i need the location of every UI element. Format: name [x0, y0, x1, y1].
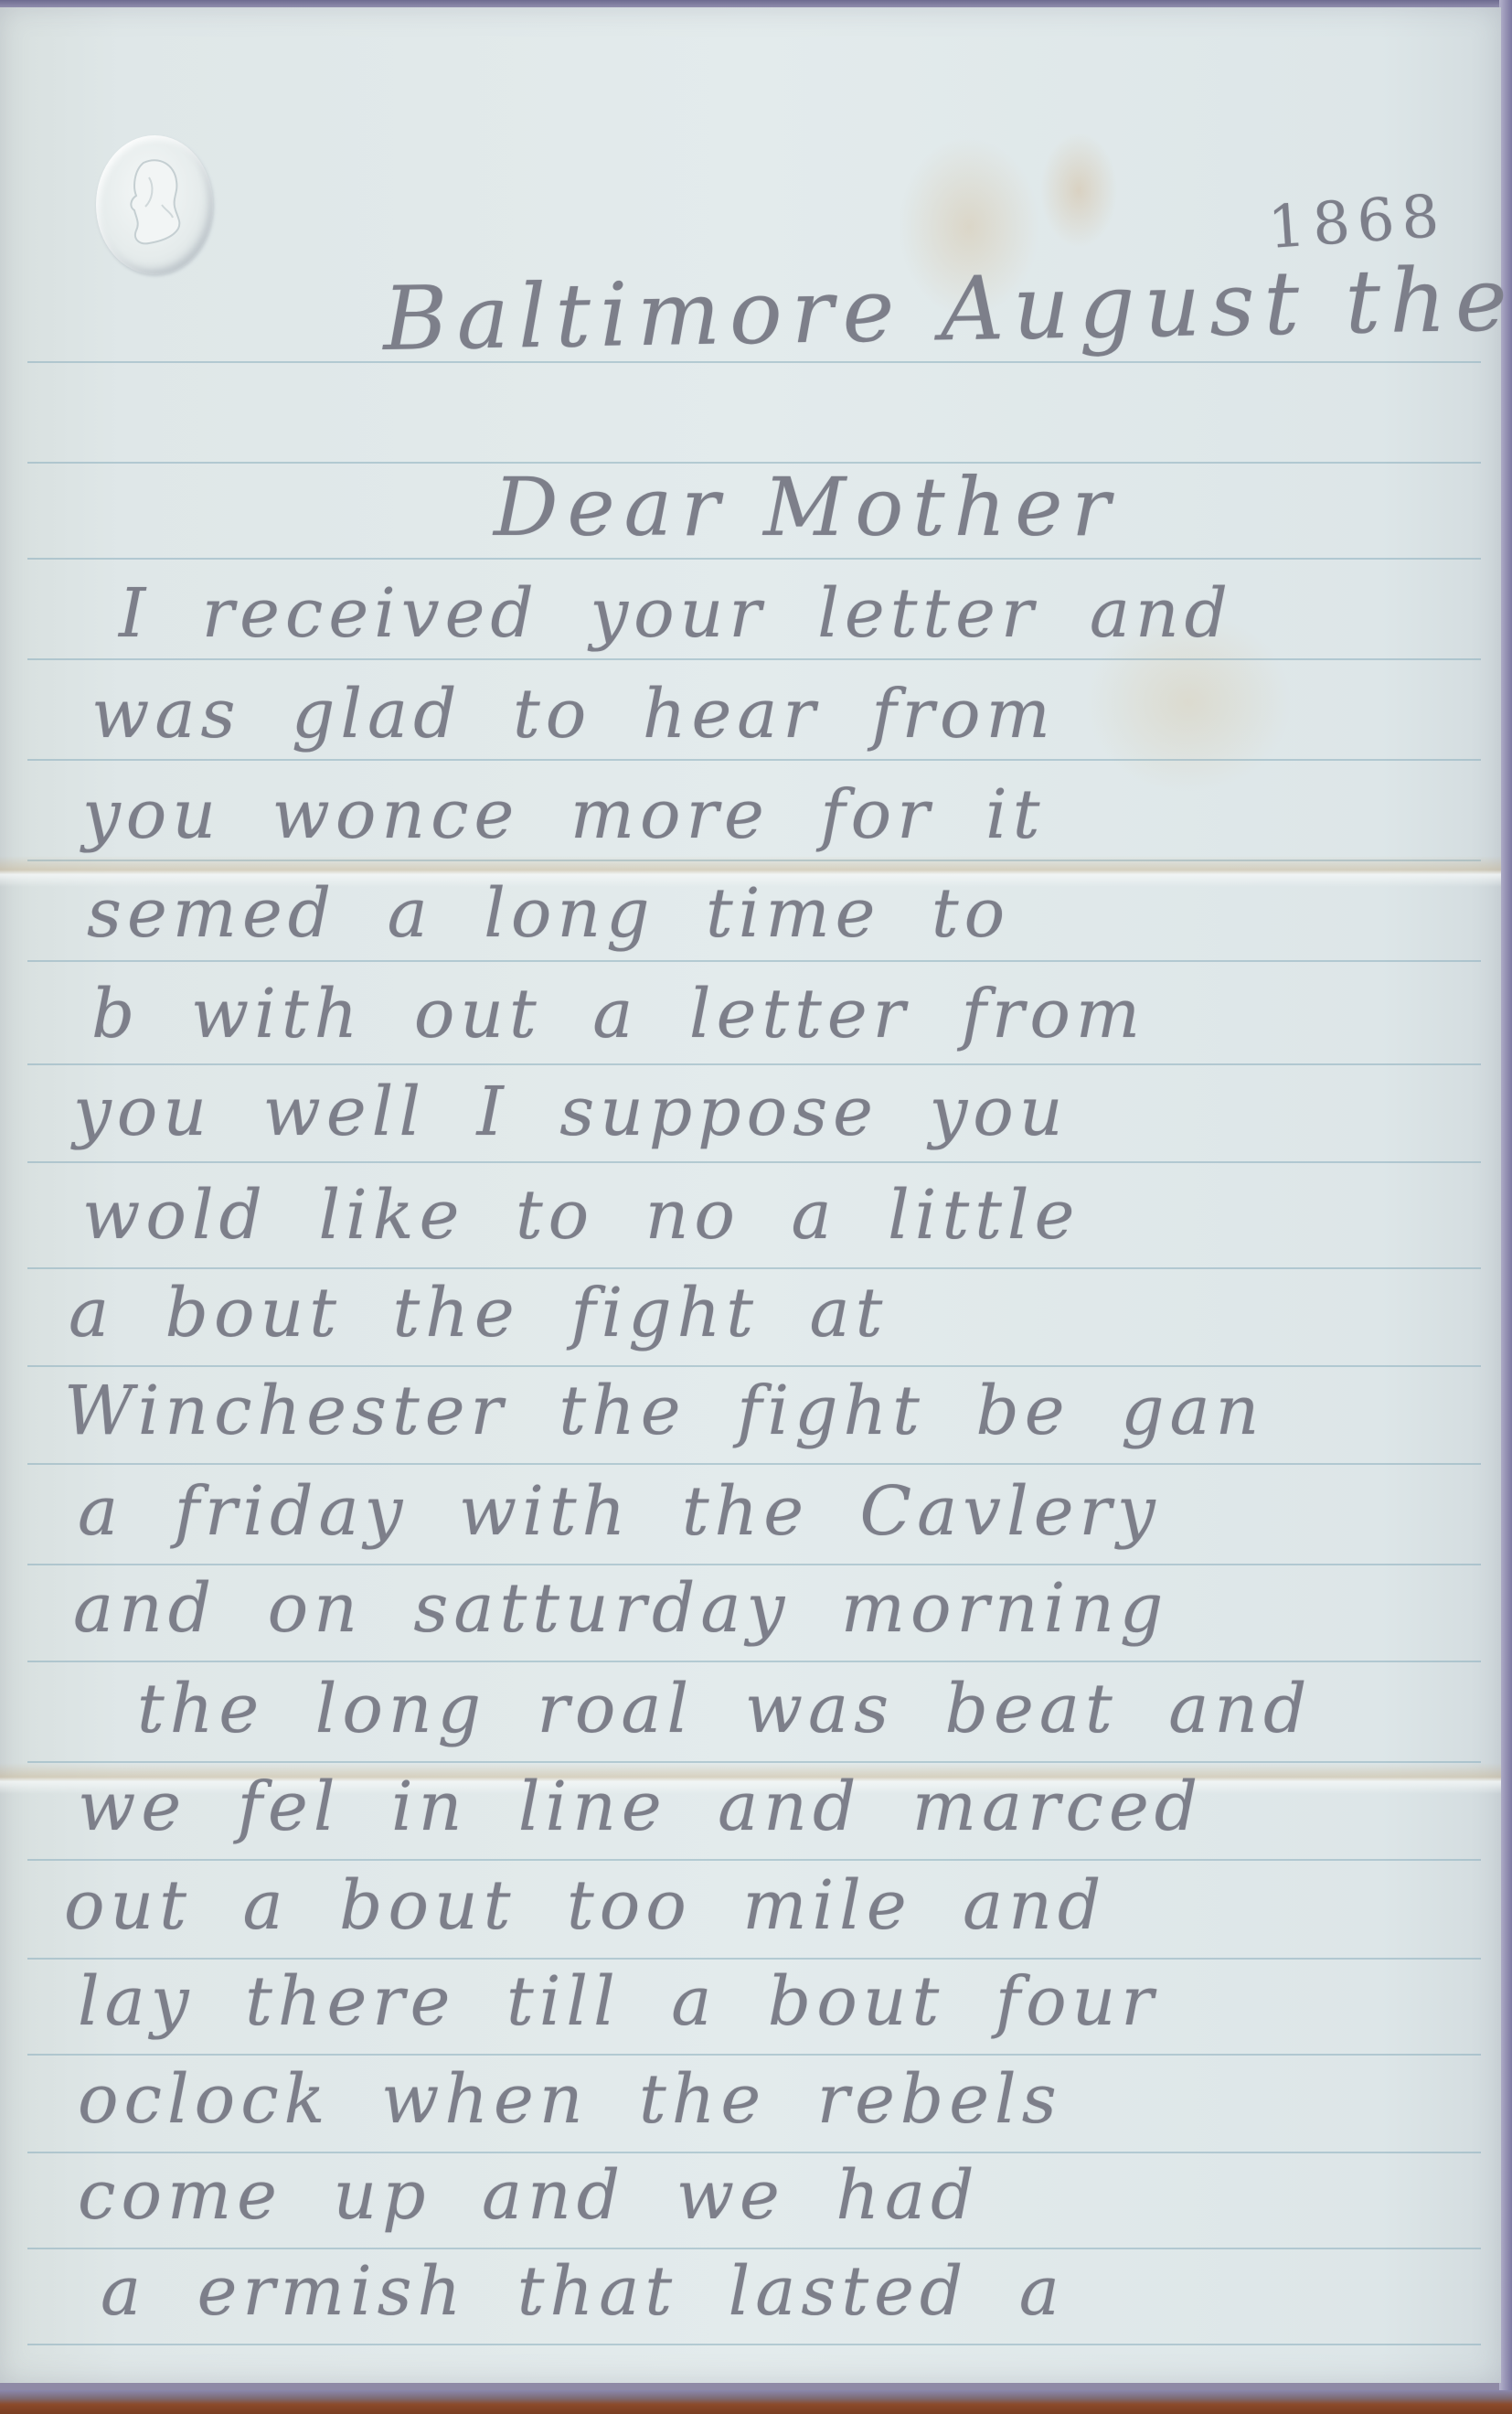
- ruling-line: [27, 1564, 1481, 1565]
- letter-line: b with out a letter from: [91, 975, 1145, 1053]
- letter-line: was glad to hear from: [91, 675, 1056, 753]
- letter-line: you wonce more for it: [82, 775, 1046, 854]
- ruling-line: [27, 658, 1481, 660]
- ruling-line: [27, 1267, 1481, 1269]
- ruling-line: [27, 1463, 1481, 1465]
- letter-line: we fel in line and marced: [78, 1768, 1203, 1846]
- portrait-cameo-icon: [109, 150, 200, 260]
- ruling-line: [27, 2152, 1481, 2153]
- ruling-line: [27, 1063, 1481, 1065]
- letter-line: semed a long time to: [87, 874, 1010, 953]
- ruling-line: [27, 759, 1481, 761]
- letter-line: you well I suppose you: [73, 1073, 1069, 1151]
- ruling-line: [27, 2054, 1481, 2056]
- ruling-line: [27, 558, 1481, 560]
- letter-line: a bout the fight at: [69, 1274, 888, 1352]
- table-surface: [0, 2390, 1512, 2414]
- backdrop-right: [1499, 0, 1512, 2414]
- letter-line: a ermish that lasted a: [101, 2252, 1065, 2331]
- letter-line: come up and we had: [78, 2156, 980, 2235]
- letter-line: wold like to no a little: [82, 1176, 1080, 1255]
- letter-line: and on satturday morning: [73, 1569, 1168, 1648]
- letter-page: 1868 Baltimore August the 24 Dear Mother…: [0, 7, 1501, 2383]
- ruling-line: [27, 1161, 1481, 1163]
- letter-salutation: Dear Mother: [494, 460, 1119, 554]
- letter-line: lay there till a bout four: [78, 1962, 1159, 2041]
- letter-line: Winchester the fight be gan: [64, 1372, 1264, 1450]
- ruling-line: [27, 2344, 1481, 2345]
- ruling-line: [27, 1958, 1481, 1960]
- letter-line: I received your letter and: [119, 574, 1233, 653]
- ruling-line: [27, 1661, 1481, 1662]
- letter-line: out a bout too mile and: [64, 1866, 1106, 1945]
- letter-line: oclock when the rebels: [78, 2060, 1062, 2139]
- ruling-line: [27, 960, 1481, 962]
- ruling-line: [27, 2248, 1481, 2249]
- letter-line: the long roal was beat and: [137, 1670, 1312, 1748]
- embossed-seal: [96, 135, 213, 274]
- letter-dateline: Baltimore August the 24: [382, 245, 1512, 370]
- ruling-line: [27, 1365, 1481, 1367]
- letter-line: a friday with the Cavlery: [78, 1472, 1161, 1551]
- ruling-line: [27, 1859, 1481, 1861]
